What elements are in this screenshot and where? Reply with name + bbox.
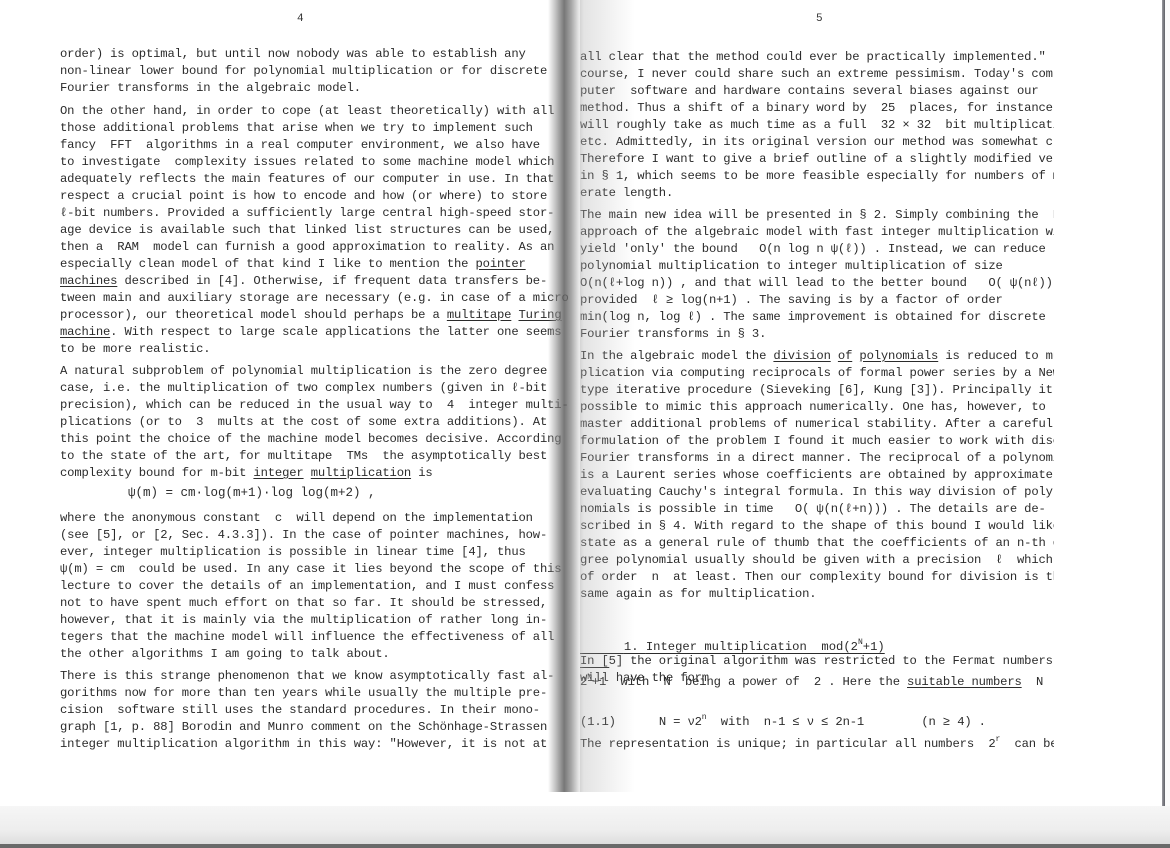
- text-line: scribed in § 4. With regard to the shape…: [580, 519, 1054, 533]
- text-line: machines described in [4]. Otherwise, if…: [60, 274, 547, 288]
- scanner-bed-margin: [0, 806, 1170, 848]
- text-line: O(n(ℓ+log n)) , and that will lead to th…: [580, 276, 1053, 290]
- text-line: to be more realistic.: [60, 342, 210, 356]
- text-line: will roughly take as much time as a full…: [580, 118, 1054, 132]
- text-line: all clear that the method could ever be …: [580, 50, 1054, 64]
- text-line: ℓ-bit numbers. Provided a sufficiently l…: [60, 206, 554, 220]
- page-number-left: 4: [297, 13, 304, 25]
- text: +1 with N being a power of 2 . Here the: [592, 675, 907, 689]
- equation-lhs: N = ν2: [659, 715, 702, 729]
- text-line: order) is optimal, but until now nobody …: [60, 47, 526, 61]
- text-line: in § 1, which seems to be more feasible …: [580, 169, 1054, 183]
- text-line: method. Thus a shift of a binary word by…: [580, 101, 1054, 115]
- text-line: cision software still uses the standard …: [60, 703, 540, 717]
- section-title: Integer multiplication mod(2N+1): [646, 640, 885, 654]
- text-line: to investigate complexity issues related…: [60, 155, 554, 169]
- text-line: Fourier transforms in the algebraic mode…: [60, 81, 361, 95]
- text-line: gree polynomial usually should be given …: [580, 553, 1054, 567]
- text-line: precision), which can be reduced in the …: [60, 398, 569, 412]
- text-line: age device is available such that linked…: [60, 223, 554, 237]
- page-right-edge: [1162, 0, 1165, 806]
- book-gutter-shadow: [548, 0, 584, 792]
- text-line: lecture to cover the details of an imple…: [60, 579, 554, 593]
- text-line: case, i.e. the multiplication of two com…: [60, 381, 547, 395]
- text-line: master additional problems of numerical …: [580, 417, 1054, 431]
- text-line: ψ(m) = cm could be used. In any case it …: [60, 562, 561, 576]
- text-line: especially clean model of that kind I li…: [60, 257, 526, 271]
- text-line: plication via computing reciprocals of f…: [580, 366, 1054, 380]
- text-line: tween main and auxiliary storage are nec…: [60, 291, 569, 305]
- text-line: On the other hand, in order to cope (at …: [60, 104, 554, 118]
- text-line: A natural subproblem of polynomial multi…: [60, 364, 547, 378]
- equation-1-1: (1.1) N = ν2n with n-1 ≤ ν ≤ 2n-1 (n ≥ 4…: [580, 711, 986, 729]
- gutter-shadow-fade: [580, 0, 635, 792]
- text-line: is a Laurent series whose coefficients a…: [580, 468, 1054, 482]
- text-line: adequately reflects the main features of…: [60, 172, 554, 186]
- text-line: integer multiplication algorithm in this…: [60, 737, 547, 751]
- text-line: complexity bound for m-bit integer multi…: [60, 466, 433, 480]
- text-line: etc. Admittedly, in its original version…: [580, 135, 1054, 149]
- text-line: respect a crucial point is how to encode…: [60, 189, 547, 203]
- text-line: not to have spent much effort on that so…: [60, 596, 547, 610]
- equation-rest: with n-1 ≤ ν ≤ 2n-1: [706, 715, 864, 729]
- text-line: non-linear lower bound for polynomial mu…: [60, 64, 547, 78]
- text-line: The main new idea will be presented in §…: [580, 208, 1054, 222]
- text-line: tegers that the machine model will influ…: [60, 630, 554, 644]
- text-line: machine. With respect to large scale app…: [60, 325, 561, 339]
- text-line: however, that it is mainly via the multi…: [60, 613, 547, 627]
- text-line: nomials is possible in time O( ψ(n(ℓ+n))…: [580, 502, 1046, 516]
- section-para-line-2: 2N+1 with N being a power of 2 . Here th…: [580, 671, 1043, 689]
- text-line: approach of the algebraic model with fas…: [580, 225, 1054, 239]
- text-line: fancy FFT algorithms in a real computer …: [60, 138, 540, 152]
- formula-psi: ψ(m) = cm·log(m+1)·log log(m+2) ,: [128, 486, 376, 500]
- text-line: polynomial multiplication to integer mul…: [580, 259, 1003, 273]
- text: N: [1022, 675, 1044, 689]
- text-line: gorithms now for more than ten years whi…: [60, 686, 547, 700]
- text-line: state as a general rule of thumb that th…: [580, 536, 1054, 550]
- text-line: (see [5], or [2, Sec. 4.3.3]). In the ca…: [60, 528, 547, 542]
- page-number-right: 5: [816, 13, 823, 25]
- text-line: There is this strange phenomenon that we…: [60, 669, 554, 683]
- scanner-bottom-edge: [0, 844, 1170, 848]
- text-line: course, I never could share such an extr…: [580, 67, 1054, 81]
- text-line: Fourier transforms in a direct manner. T…: [580, 451, 1054, 465]
- text-line: yield 'only' the bound O(n log n ψ(ℓ)) .…: [580, 242, 1046, 256]
- text-line: min(log n, log ℓ) . The same improvement…: [580, 310, 1046, 324]
- text-line: Therefore I want to give a brief outline…: [580, 152, 1054, 166]
- text-line: this point the choice of the machine mod…: [60, 432, 561, 446]
- text-line: graph [1, p. 88] Borodin and Munro comme…: [60, 720, 547, 734]
- text-line: those additional problems that arise whe…: [60, 121, 533, 135]
- text-line: ever, integer multiplication is possible…: [60, 545, 526, 559]
- text-line: the other algorithms I am going to talk …: [60, 647, 390, 661]
- text-line: then a RAM model can furnish a good appr…: [60, 240, 554, 254]
- text-line: to the state of the art, for multitape T…: [60, 449, 547, 463]
- underlined-term: suitable numbers: [907, 675, 1022, 689]
- text-line: possible to mimic this approach numerica…: [580, 400, 1046, 414]
- text-line: plications (or to 3 mults at the cost of…: [60, 415, 547, 429]
- section-para-line-1: In [5] the original algorithm was restri…: [580, 654, 1053, 668]
- text-line: processor), our theoretical model should…: [60, 308, 561, 322]
- text-line: evaluating Cauchy's integral formula. In…: [580, 485, 1054, 499]
- text-line: of order n at least. Then our complexity…: [580, 570, 1054, 584]
- text-line: The representation is unique; in particu…: [580, 733, 1054, 751]
- equation-condition: (n ≥ 4) .: [921, 715, 985, 729]
- right-page-clip: all clear that the method could ever be …: [578, 40, 1054, 760]
- text-line: puter software and hardware contains sev…: [580, 84, 1038, 98]
- text-line: provided ℓ ≥ log(n+1) . The saving is by…: [580, 293, 1003, 307]
- text-line: formulation of the problem I found it mu…: [580, 434, 1054, 448]
- text-line: where the anonymous constant c will depe…: [60, 511, 533, 525]
- text-line: In the algebraic model the division of p…: [580, 349, 1054, 363]
- text-line: type iterative procedure (Sieveking [6],…: [580, 383, 1054, 397]
